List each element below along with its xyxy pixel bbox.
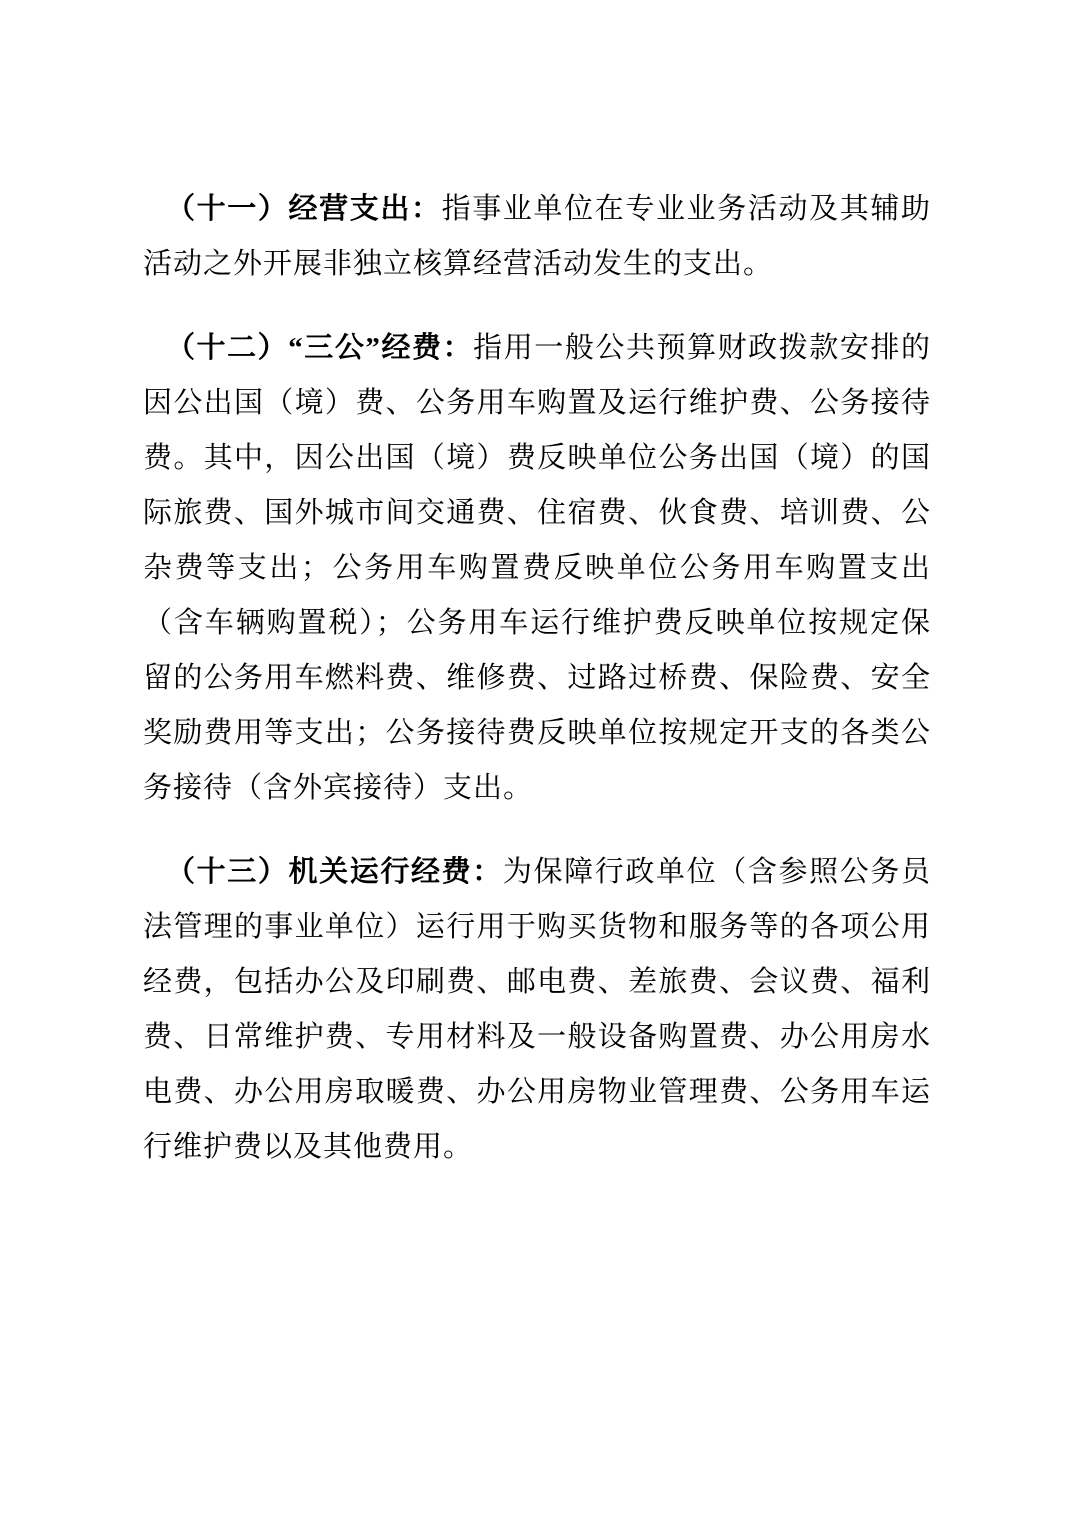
document-text-block: （十一）经营支出：指事业单位在专业业务活动及其辅助活动之外开展非独立核算经营活动…: [143, 182, 931, 1175]
paragraph-body-item-13: 为保障行政单位（含参照公务员法管理的事业单位）运行用于购买货物和服务等的各项公用…: [143, 856, 931, 1163]
paragraph-item-12: （十二）“三公”经费：指用一般公共预算财政拨款安排的因公出国（境）费、公务用车购…: [143, 321, 931, 816]
paragraph-lead-item-13: （十三）机关运行经费：: [166, 856, 503, 888]
paragraph-lead-item-11: （十一）经营支出：: [166, 193, 442, 225]
paragraph-lead-item-12: （十二）“三公”经费：: [166, 332, 473, 364]
paragraph-item-13: （十三）机关运行经费：为保障行政单位（含参照公务员法管理的事业单位）运行用于购买…: [143, 845, 931, 1175]
paragraph-item-11: （十一）经营支出：指事业单位在专业业务活动及其辅助活动之外开展非独立核算经营活动…: [143, 182, 931, 292]
document-page: （十一）经营支出：指事业单位在专业业务活动及其辅助活动之外开展非独立核算经营活动…: [0, 0, 1075, 1521]
paragraph-body-item-12: 指用一般公共预算财政拨款安排的因公出国（境）费、公务用车购置及运行维护费、公务接…: [143, 332, 931, 804]
